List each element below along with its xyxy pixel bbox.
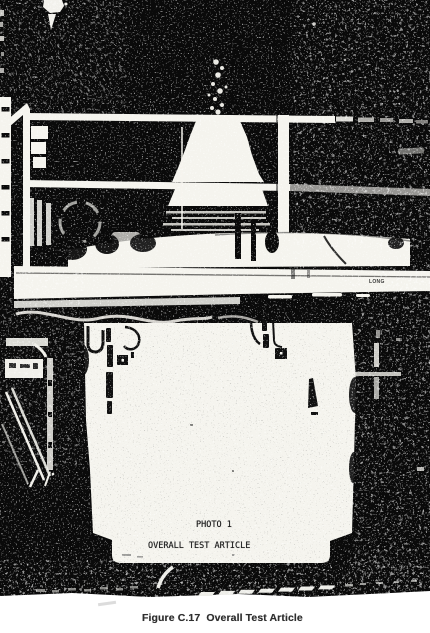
test-article-photo: PHOTO 1 OVERALL TEST ARTICLE LONG xyxy=(0,0,430,597)
paper-smudge xyxy=(98,601,116,606)
figure-caption: Figure C.17 Overall Test Article xyxy=(142,612,303,624)
report-page: PHOTO 1 OVERALL TEST ARTICLE LONG Figure… xyxy=(0,0,430,633)
photocopy-grain xyxy=(0,0,430,597)
photo-canvas xyxy=(0,0,430,597)
